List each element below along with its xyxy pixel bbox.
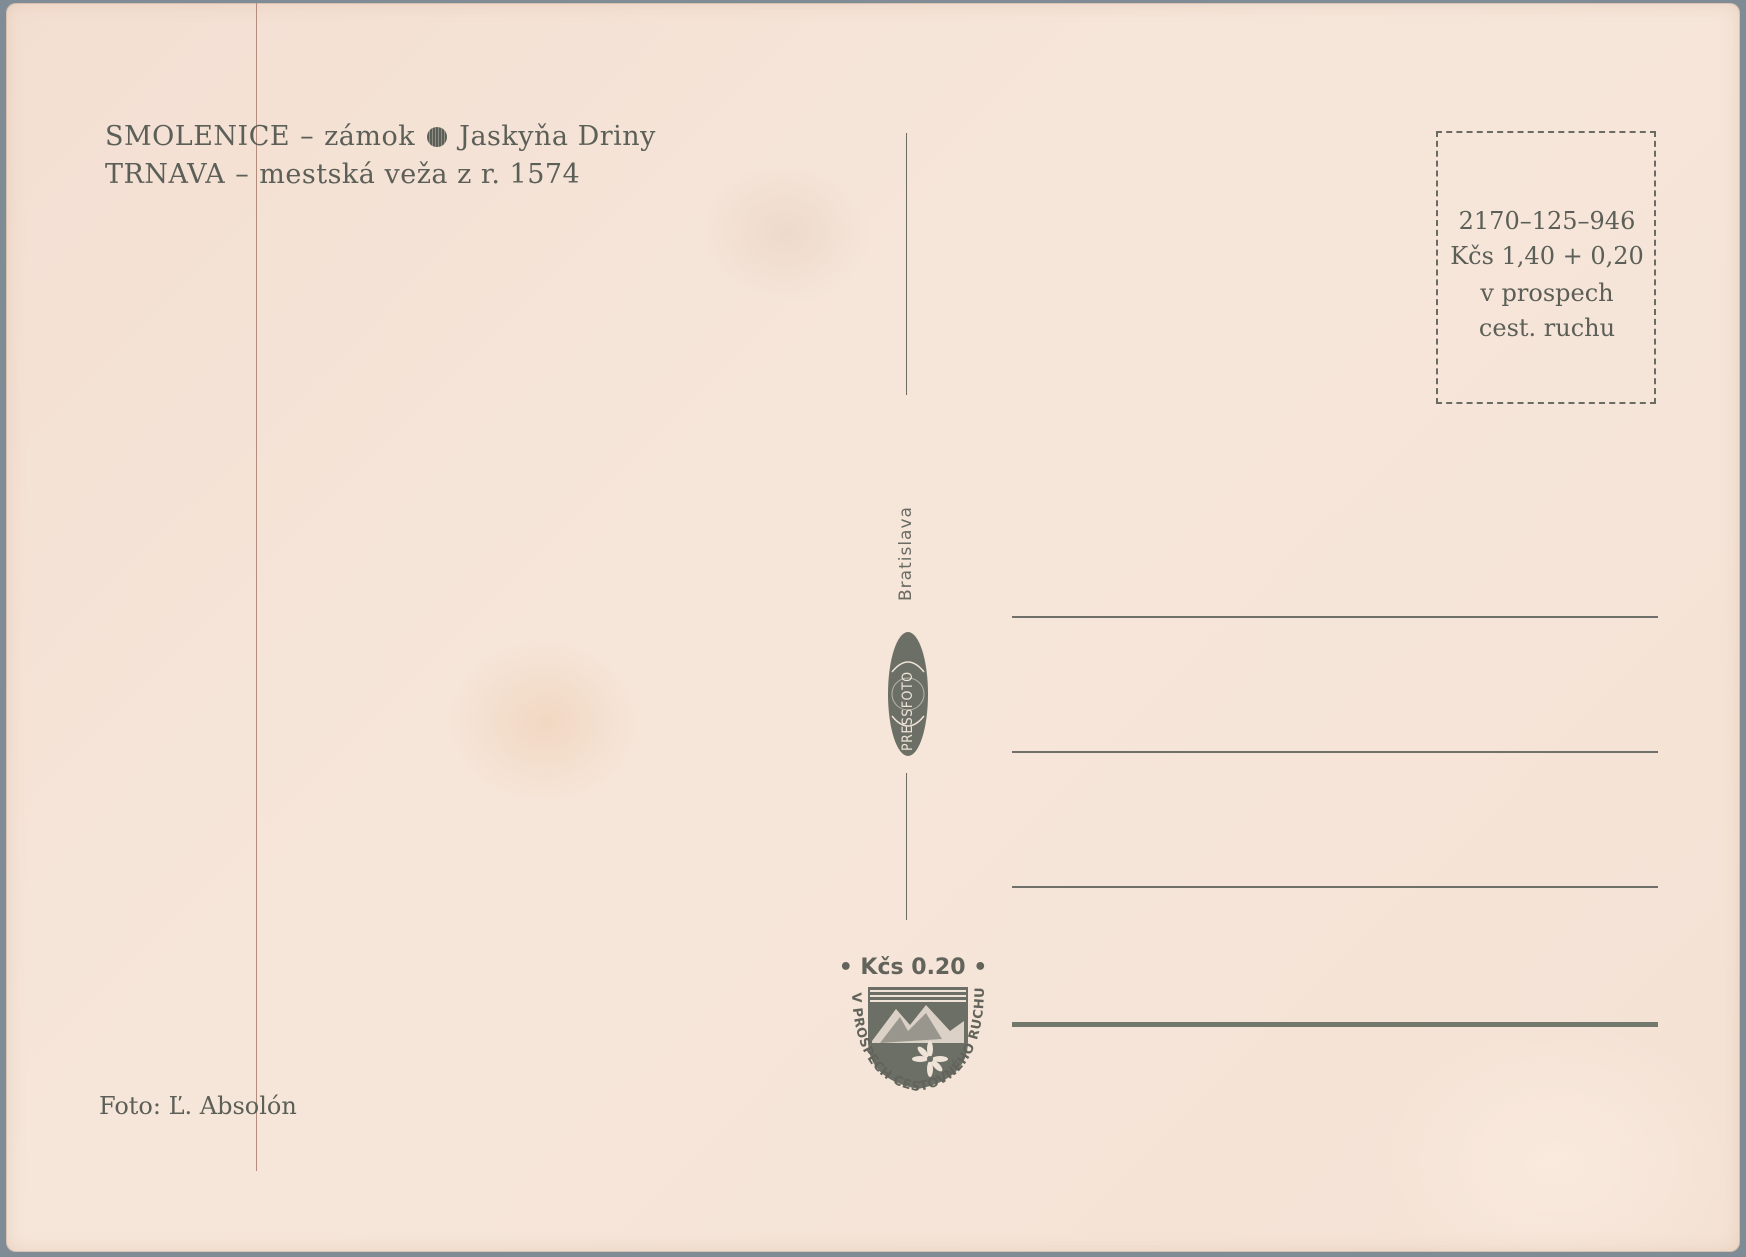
center-divider-bottom (906, 773, 907, 920)
address-line-1 (1012, 616, 1658, 618)
center-divider-top (906, 133, 907, 395)
stamp-purpose-1: v prospech (1438, 279, 1656, 307)
caption-place-jaskyna: Jaskyňa Driny (459, 121, 656, 152)
caption-dash: – (300, 121, 314, 152)
pressfoto-logo-text: PRESSFOTO (900, 671, 916, 751)
caption-line-2: TRNAVA–mestská veža z r. 1574 (105, 159, 580, 190)
postcard-back: SMOLENICE–zámokJaskyňa Driny TRNAVA–mest… (6, 3, 1740, 1252)
bullet-circle-icon (427, 127, 447, 147)
photo-credit: Foto: Ľ. Absolón (99, 1092, 297, 1120)
caption-dash: – (235, 159, 249, 190)
caption-subject-zamok: zámok (324, 121, 415, 152)
publisher-city: Bratislava (896, 506, 916, 601)
address-line-3 (1012, 886, 1658, 888)
address-line-2 (1012, 751, 1658, 753)
caption-subject-veza: mestská veža z r. 1574 (259, 159, 580, 190)
caption-place-trnava: TRNAVA (105, 159, 225, 190)
mountain-edelweiss-shield-icon: V PROSPECH CESTOVNÉHO RUCHU (838, 981, 998, 1101)
caption-place-smolenice: SMOLENICE (105, 121, 290, 152)
address-line-postcode (1012, 1022, 1658, 1027)
stamp-price: Kčs 1,40 + 0,20 (1438, 242, 1656, 270)
stamp-code: 2170–125–946 (1438, 207, 1656, 235)
stamp-purpose-2: cest. ruchu (1438, 314, 1656, 342)
caption-line-1: SMOLENICE–zámokJaskyňa Driny (105, 121, 656, 152)
emblem-price: • Kčs 0.20 • (838, 955, 988, 980)
